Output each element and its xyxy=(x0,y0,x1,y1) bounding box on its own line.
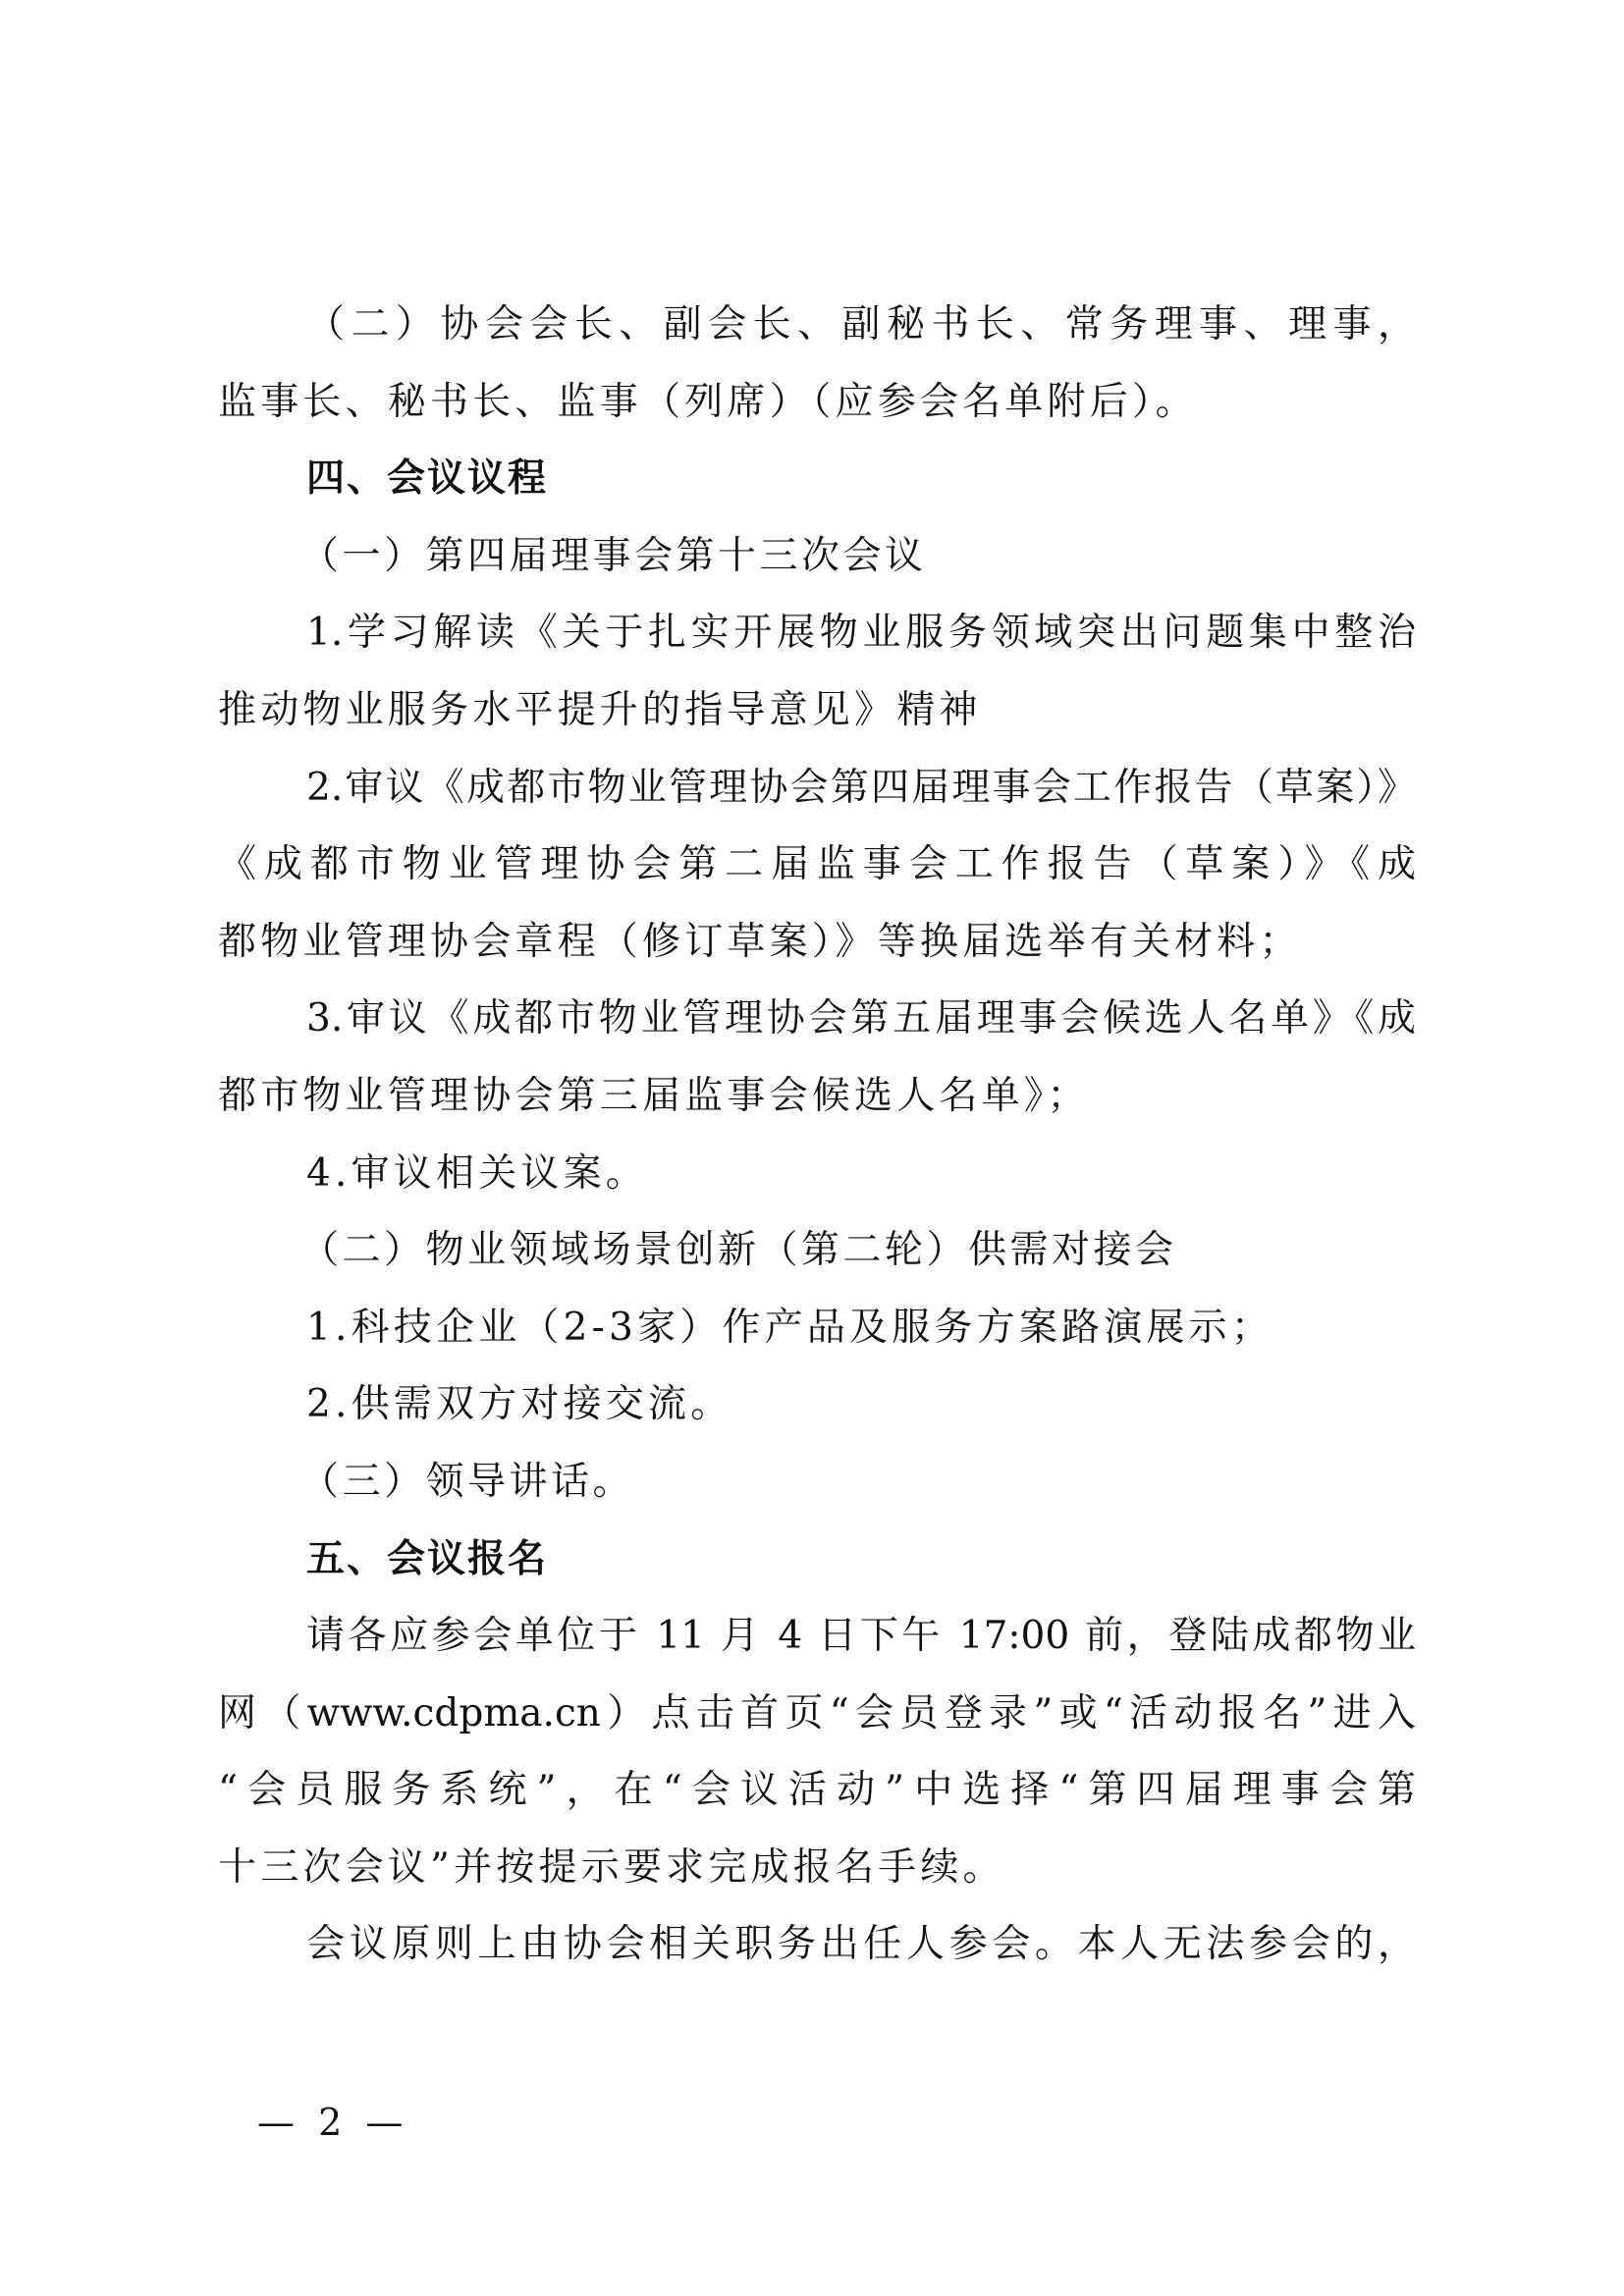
attendance-paragraph-line-1: 会议原则上由协会相关职务出任人参会。本人无法参会的， xyxy=(218,1906,1416,1984)
subheading-supply-demand-meeting: （二）物业领域场景创新（第二轮）供需对接会 xyxy=(218,1212,1416,1290)
registration-paragraph-line-1: 请各应参会单位于 11 月 4 日下午 17:00 前，登陆成都物业 xyxy=(218,1598,1416,1676)
registration-paragraph-line-4: 十三次会议”并按提示要求完成报名手续。 xyxy=(218,1830,1416,1907)
agenda-item-2-line-3: 都物业管理协会章程（修订草案）》等换届选举有关材料； xyxy=(218,904,1416,982)
section-heading-agenda: 四、会议议程 xyxy=(218,441,1416,518)
agenda-item-3-line-1: 3.审议《成都市物业管理协会第五届理事会候选人名单》《成 xyxy=(218,981,1416,1058)
agenda-item-4: 4.审议相关议案。 xyxy=(218,1136,1416,1213)
registration-paragraph-line-2: 网（www.cdpma.cn）点击首页“会员登录”或“活动报名”进入 xyxy=(218,1676,1416,1753)
registration-paragraph-line-3: “会员服务系统”，在“会议活动”中选择“第四届理事会第 xyxy=(218,1752,1416,1830)
agenda-item-2-line-1: 2.审议《成都市物业管理协会第四届理事会工作报告（草案）》 xyxy=(218,750,1416,828)
paragraph-attendees-line-1: （二）协会会长、副会长、副秘书长、常务理事、理事， xyxy=(218,287,1416,364)
agenda-item-3-line-2: 都市物业管理协会第三届监事会候选人名单》； xyxy=(218,1058,1416,1136)
supply-demand-item-2: 2.供需双方对接交流。 xyxy=(218,1366,1416,1444)
page-number: — 2 — xyxy=(257,2101,408,2144)
section-heading-registration: 五、会议报名 xyxy=(218,1522,1416,1599)
subheading-leader-speech: （三）领导讲话。 xyxy=(218,1444,1416,1522)
agenda-item-1-line-2: 推动物业服务水平提升的指导意见》精神 xyxy=(218,672,1416,750)
agenda-item-2-line-2: 《成都市物业管理协会第二届监事会工作报告（草案）》《成 xyxy=(218,827,1416,904)
subheading-council-meeting: （一）第四届理事会第十三次会议 xyxy=(218,518,1416,596)
paragraph-attendees-line-2: 监事长、秘书长、监事（列席）（应参会名单附后）。 xyxy=(218,364,1416,442)
agenda-item-1-line-1: 1.学习解读《关于扎实开展物业服务领域突出问题集中整治 xyxy=(218,595,1416,672)
supply-demand-item-1: 1.科技企业（2-3家）作产品及服务方案路演展示； xyxy=(218,1290,1416,1367)
document-body: （二）协会会长、副会长、副秘书长、常务理事、理事， 监事长、秘书长、监事（列席）… xyxy=(218,287,1416,1984)
